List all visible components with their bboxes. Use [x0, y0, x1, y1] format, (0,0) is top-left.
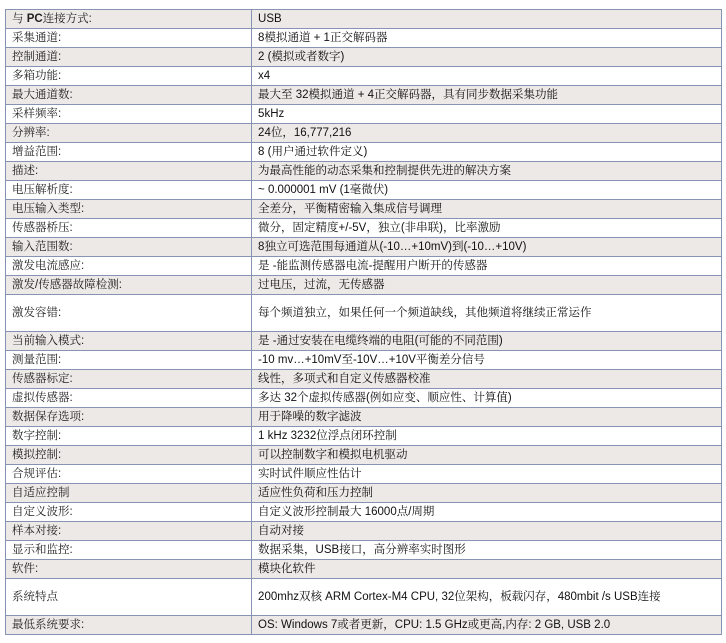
table-row-11: 传感器桥压: 微分，固定精度+/-5V，独立(非串联)，比率激励 — [6, 219, 722, 238]
spec-value: 自定义波形控制最大 16000点/周期 — [252, 503, 722, 522]
spec-label: 虚拟传感器: — [6, 389, 252, 408]
spec-label: 最低系统要求: — [6, 616, 252, 635]
table-row-3: 多箱功能: x4 — [6, 67, 722, 86]
spec-label: 分辨率: — [6, 124, 252, 143]
table-row-8: 描述: 为最高性能的动态采集和控制提供先进的解决方案 — [6, 162, 722, 181]
table-row-25: 自定义波形: 自定义波形控制最大 16000点/周期 — [6, 503, 722, 522]
spec-label: 采集通道: — [6, 29, 252, 48]
table-row-23: 合规评估: 实时试件顺应性估计 — [6, 465, 722, 484]
spec-label: 最大通道数: — [6, 86, 252, 105]
spec-table: 与 PC连接方式: USB 采集通道: 8模拟通道 + 1正交解码器 控制通道:… — [5, 9, 722, 635]
spec-value: 1 kHz 3232位浮点闭环控制 — [252, 427, 722, 446]
table-row-18: 传感器标定: 线性，多项式和自定义传感器校准 — [6, 370, 722, 389]
table-row-27: 显示和监控: 数据采集，USB接口，高分辨率实时图形 — [6, 541, 722, 560]
spec-label: 样本对接: — [6, 522, 252, 541]
spec-value: 多达 32个虚拟传感器(例如应变、顺应性、计算值) — [252, 389, 722, 408]
table-row-21: 数字控制: 1 kHz 3232位浮点闭环控制 — [6, 427, 722, 446]
spec-value: USB — [252, 10, 722, 29]
spec-value: 24位，16,777,216 — [252, 124, 722, 143]
table-row-7: 增益范围: 8 (用户通过软件定义) — [6, 143, 722, 162]
spec-label: 传感器标定: — [6, 370, 252, 389]
spec-label: 模拟控制: — [6, 446, 252, 465]
spec-value: 可以控制数字和模拟电机驱动 — [252, 446, 722, 465]
spec-label: 增益范围: — [6, 143, 252, 162]
table-row-16: 当前输入模式: 是 -通过安装在电缆终端的电阻(可能的不同范围) — [6, 332, 722, 351]
table-row-20: 数据保存选项: 用于降噪的数字滤波 — [6, 408, 722, 427]
spec-value: 自动对接 — [252, 522, 722, 541]
table-row-5: 采样频率: 5kHz — [6, 105, 722, 124]
table-row-9: 电压解析度: ~ 0.000001 mV (1毫微伏) — [6, 181, 722, 200]
spec-label: 系统特点 — [6, 579, 252, 616]
spec-label: 激发电流感应: — [6, 257, 252, 276]
spec-value: 2 (模拟或者数字) — [252, 48, 722, 67]
spec-value: 微分，固定精度+/-5V，独立(非串联)，比率激励 — [252, 219, 722, 238]
spec-label: 显示和监控: — [6, 541, 252, 560]
table-row-30: 最低系统要求: OS: Windows 7或者更新，CPU: 1.5 GHz或更… — [6, 616, 722, 635]
spec-value: 线性，多项式和自定义传感器校准 — [252, 370, 722, 389]
spec-value: OS: Windows 7或者更新，CPU: 1.5 GHz或更高,内存: 2 … — [252, 616, 722, 635]
spec-label: 激发/传感器故障检测: — [6, 276, 252, 295]
spec-value: 5kHz — [252, 105, 722, 124]
table-row-29: 系统特点 200mhz双核 ARM Cortex-M4 CPU, 32位架构，板… — [6, 579, 722, 616]
spec-value: ~ 0.000001 mV (1毫微伏) — [252, 181, 722, 200]
table-row-10: 电压输入类型: 全差分，平衡精密输入集成信号调理 — [6, 200, 722, 219]
spec-value: 8模拟通道 + 1正交解码器 — [252, 29, 722, 48]
table-row-12: 输入范围数: 8独立可选范围每通道从(-10…+10mV)到(-10…+10V) — [6, 238, 722, 257]
spec-label: 数字控制: — [6, 427, 252, 446]
spec-value: 模块化软件 — [252, 560, 722, 579]
table-row-1: 采集通道: 8模拟通道 + 1正交解码器 — [6, 29, 722, 48]
spec-label: 电压解析度: — [6, 181, 252, 200]
spec-value: 是 -通过安装在电缆终端的电阻(可能的不同范围) — [252, 332, 722, 351]
spec-value: 用于降噪的数字滤波 — [252, 408, 722, 427]
table-row-19: 虚拟传感器: 多达 32个虚拟传感器(例如应变、顺应性、计算值) — [6, 389, 722, 408]
spec-value: 每个频道独立，如果任何一个频道缺线，其他频道将继续正常运作 — [252, 295, 722, 332]
table-row-17: 测量范围: -10 mv…+10mV至-10V…+10V平衡差分信号 — [6, 351, 722, 370]
spec-label: 测量范围: — [6, 351, 252, 370]
spec-value: 最大至 32模拟通道 + 4正交解码器，具有同步数据采集功能 — [252, 86, 722, 105]
table-row-2: 控制通道: 2 (模拟或者数字) — [6, 48, 722, 67]
spec-label: 输入范围数: — [6, 238, 252, 257]
spec-label: 当前输入模式: — [6, 332, 252, 351]
spec-label: 自定义波形: — [6, 503, 252, 522]
spec-label: 与 PC连接方式: — [6, 10, 252, 29]
table-row-4: 最大通道数: 最大至 32模拟通道 + 4正交解码器，具有同步数据采集功能 — [6, 86, 722, 105]
spec-label: 软件: — [6, 560, 252, 579]
spec-value: 全差分，平衡精密输入集成信号调理 — [252, 200, 722, 219]
table-row-24: 自适应控制 适应性负荷和压力控制 — [6, 484, 722, 503]
table-row-15: 激发容错: 每个频道独立，如果任何一个频道缺线，其他频道将继续正常运作 — [6, 295, 722, 332]
spec-value: 是 -能监测传感器电流-提醒用户断开的传感器 — [252, 257, 722, 276]
spec-value: 适应性负荷和压力控制 — [252, 484, 722, 503]
spec-label: 描述: — [6, 162, 252, 181]
spec-value: 数据采集，USB接口，高分辨率实时图形 — [252, 541, 722, 560]
spec-label: 数据保存选项: — [6, 408, 252, 427]
table-row-26: 样本对接: 自动对接 — [6, 522, 722, 541]
spec-label: 合规评估: — [6, 465, 252, 484]
table-row-0: 与 PC连接方式: USB — [6, 10, 722, 29]
pc-emphasis: PC — [27, 13, 43, 25]
spec-label: 电压输入类型: — [6, 200, 252, 219]
table-row-6: 分辨率: 24位，16,777,216 — [6, 124, 722, 143]
spec-label: 采样频率: — [6, 105, 252, 124]
table-row-22: 模拟控制: 可以控制数字和模拟电机驱动 — [6, 446, 722, 465]
spec-label: 多箱功能: — [6, 67, 252, 86]
spec-label: 传感器桥压: — [6, 219, 252, 238]
spec-value: x4 — [252, 67, 722, 86]
spec-value: -10 mv…+10mV至-10V…+10V平衡差分信号 — [252, 351, 722, 370]
spec-value: 实时试件顺应性估计 — [252, 465, 722, 484]
spec-label: 激发容错: — [6, 295, 252, 332]
spec-value: 8独立可选范围每通道从(-10…+10mV)到(-10…+10V) — [252, 238, 722, 257]
spec-value: 200mhz双核 ARM Cortex-M4 CPU, 32位架构，板载闪存，4… — [252, 579, 722, 616]
table-row-14: 激发/传感器故障检测: 过电压，过流，无传感器 — [6, 276, 722, 295]
table-row-13: 激发电流感应: 是 -能监测传感器电流-提醒用户断开的传感器 — [6, 257, 722, 276]
spec-label: 控制通道: — [6, 48, 252, 67]
table-row-28: 软件: 模块化软件 — [6, 560, 722, 579]
spec-table-body: 与 PC连接方式: USB 采集通道: 8模拟通道 + 1正交解码器 控制通道:… — [6, 10, 722, 635]
spec-value: 为最高性能的动态采集和控制提供先进的解决方案 — [252, 162, 722, 181]
spec-value: 8 (用户通过软件定义) — [252, 143, 722, 162]
spec-label: 自适应控制 — [6, 484, 252, 503]
spec-value: 过电压，过流，无传感器 — [252, 276, 722, 295]
